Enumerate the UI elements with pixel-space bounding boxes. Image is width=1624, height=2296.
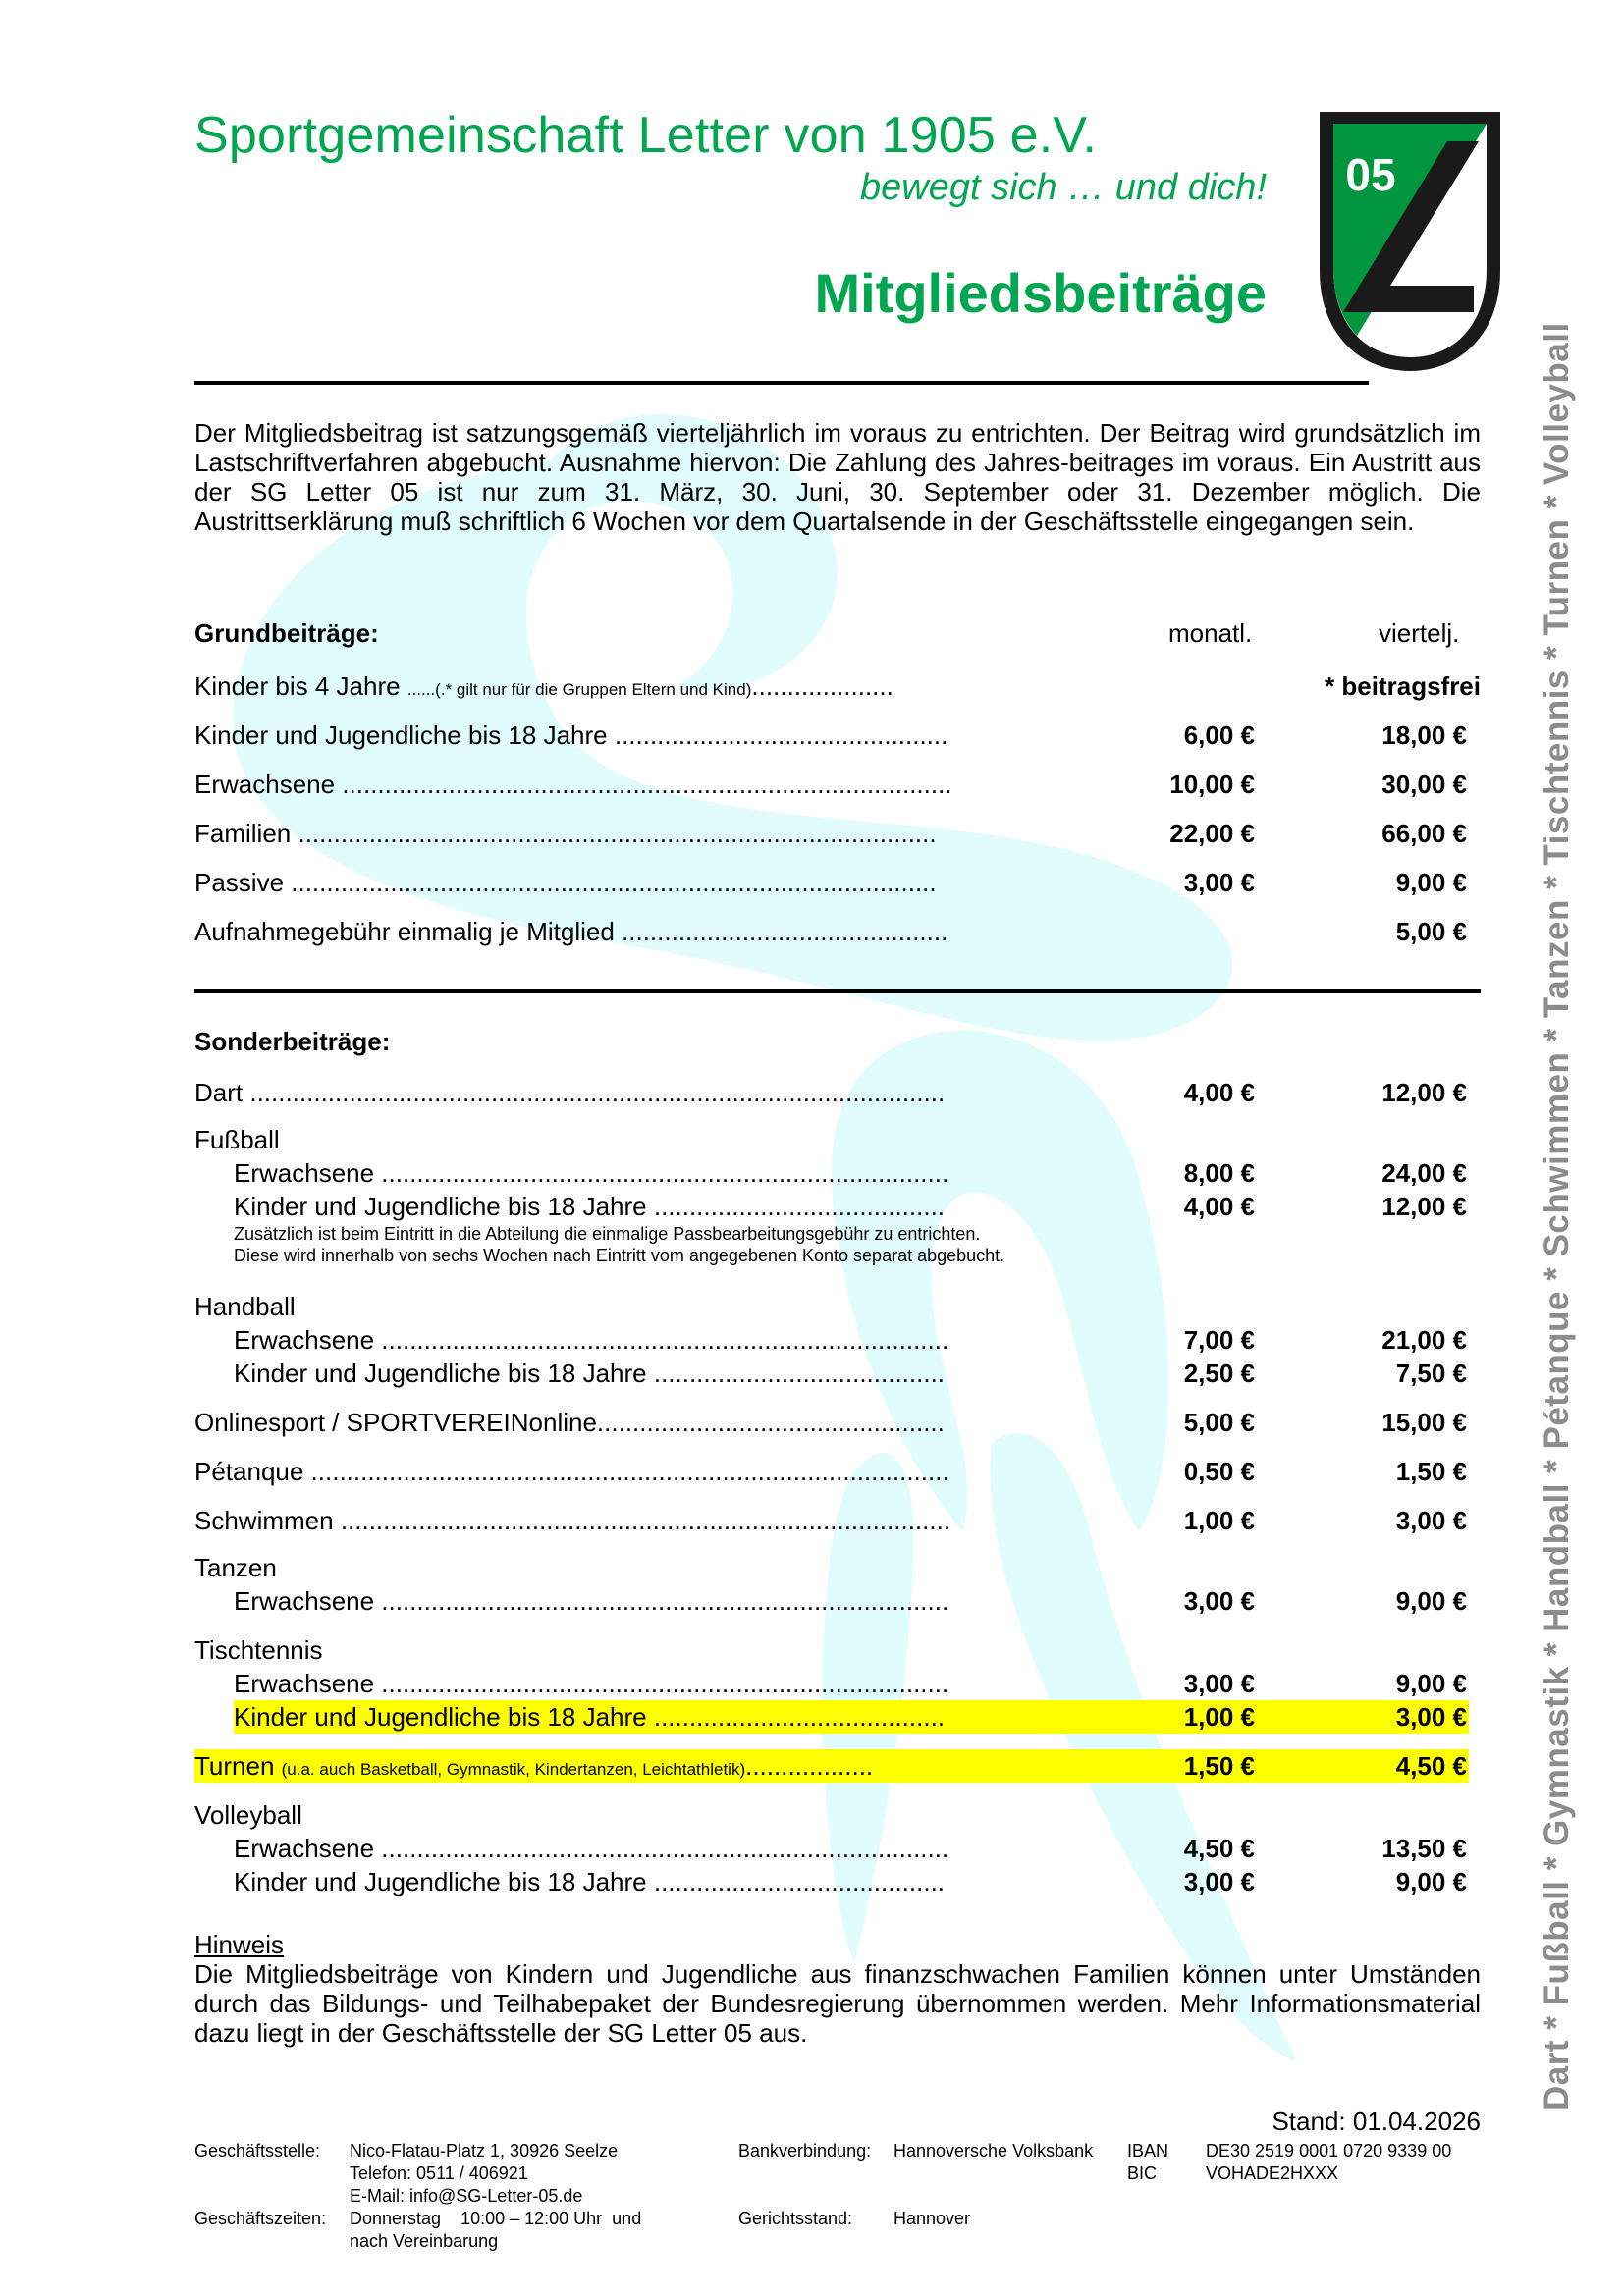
fee-label: Pétanque ...............................… xyxy=(194,1455,1058,1488)
fee-row-fussball-kinder: Kinder und Jugendliche bis 18 Jahre ....… xyxy=(194,1190,1481,1223)
document-date: Stand: 01.04.2026 xyxy=(1272,2107,1481,2137)
club-logo-shield: 05 xyxy=(1312,104,1508,379)
fee-monthly: 4,50 € xyxy=(1184,1832,1255,1865)
fee-label: Kinder und Jugendliche bis 18 Jahre ....… xyxy=(194,719,1058,752)
fee-row-kinder-4: Kinder bis 4 Jahre ......(.* gilt nur fü… xyxy=(194,669,1481,703)
header-divider xyxy=(194,381,1369,385)
hint-paragraph: Die Mitgliedsbeiträge von Kindern und Ju… xyxy=(194,1959,1481,2048)
fee-row-fussball-erwachsene: Erwachsene .............................… xyxy=(194,1156,1481,1190)
fee-quarterly: 1,50 € xyxy=(1396,1455,1467,1488)
fee-monthly: 3,00 € xyxy=(1184,866,1255,899)
footer-hours-line1: Donnerstag 10:00 – 12:00 Uhr und xyxy=(350,2208,641,2230)
fee-quarterly: 3,00 € xyxy=(1396,1504,1467,1537)
fee-row-handball-erwachsene: Erwachsene .............................… xyxy=(194,1323,1481,1357)
fee-quarterly: 66,00 € xyxy=(1381,817,1467,850)
fee-row-erwachsene: Erwachsene .............................… xyxy=(194,768,1481,801)
group-volleyball: Volleyball xyxy=(194,1800,302,1831)
fee-row-tanzen-erwachsene: Erwachsene .............................… xyxy=(194,1584,1481,1618)
fee-row-kinder-18: Kinder und Jugendliche bis 18 Jahre ....… xyxy=(194,719,1481,752)
fussball-note-2: Diese wird innerhalb von sechs Wochen na… xyxy=(234,1245,1004,1266)
fee-monthly: 3,00 € xyxy=(1184,1865,1255,1898)
fee-label: Erwachsene .............................… xyxy=(234,1667,1058,1700)
column-header-monthly: monatl. xyxy=(1168,618,1252,649)
fee-monthly: 22,00 € xyxy=(1169,817,1255,850)
fee-quarterly: 3,00 € xyxy=(1396,1700,1467,1734)
footer-office-address: Nico-Flatau-Platz 1, 30926 Seelze xyxy=(350,2140,618,2163)
group-fussball: Fußball xyxy=(194,1125,280,1155)
fee-monthly: 0,50 € xyxy=(1184,1455,1255,1488)
fee-label: Kinder und Jugendliche bis 18 Jahre ....… xyxy=(234,1700,1058,1734)
fee-monthly: 7,00 € xyxy=(1184,1323,1255,1357)
fee-label: Kinder und Jugendliche bis 18 Jahre ....… xyxy=(234,1865,1058,1898)
fee-row-schwimmen: Schwimmen ..............................… xyxy=(194,1504,1481,1537)
fee-dots: .................... xyxy=(751,671,893,701)
footer-iban-label: IBAN xyxy=(1127,2140,1168,2163)
club-slogan: bewegt sich … und dich! xyxy=(860,167,1267,209)
fee-monthly: 3,00 € xyxy=(1184,1667,1255,1700)
fee-quarterly: 18,00 € xyxy=(1381,719,1467,752)
fee-monthly: 3,00 € xyxy=(1184,1584,1255,1618)
fee-monthly: 4,00 € xyxy=(1184,1190,1255,1223)
footer-hours-line2: nach Vereinbarung xyxy=(350,2230,498,2253)
column-header-quarterly: viertelj. xyxy=(1379,618,1459,649)
fee-row-volleyball-kinder: Kinder und Jugendliche bis 18 Jahre ....… xyxy=(194,1865,1481,1898)
footer-court: Hannover xyxy=(893,2208,970,2230)
fee-row-tischtennis-kinder-highlighted: Kinder und Jugendliche bis 18 Jahre ....… xyxy=(234,1700,1469,1734)
fee-label: Familien ...............................… xyxy=(194,817,1058,850)
fee-monthly: 8,00 € xyxy=(1184,1156,1255,1190)
fee-row-aufnahmegebuehr: Aufnahmegebühr einmalig je Mitglied ....… xyxy=(194,915,1481,948)
fee-row-dart: Dart ...................................… xyxy=(194,1076,1481,1109)
hint-title: Hinweis xyxy=(194,1930,284,1960)
fee-monthly: 5,00 € xyxy=(1184,1406,1255,1439)
section-sonderbeitraege: Sonderbeiträge: xyxy=(194,1027,390,1057)
fee-label: Erwachsene .............................… xyxy=(234,1156,1058,1190)
fee-quarterly: 7,50 € xyxy=(1396,1357,1467,1390)
fee-monthly: 10,00 € xyxy=(1169,768,1255,801)
fee-footnote: ......(.* gilt nur für die Gruppen Elter… xyxy=(407,680,752,699)
fee-row-onlinesport: Onlinesport / SPORTVEREINonline.........… xyxy=(194,1406,1481,1439)
fee-monthly: 1,00 € xyxy=(1184,1504,1255,1537)
fee-row-passive: Passive ................................… xyxy=(194,866,1481,899)
fee-quarterly: 5,00 € xyxy=(1396,915,1467,948)
section-grundbeitraege: Grundbeiträge: xyxy=(194,618,379,649)
group-tanzen: Tanzen xyxy=(194,1553,277,1583)
footer-bank-name: Hannoversche Volksbank xyxy=(893,2140,1093,2163)
page-title: Mitgliedsbeiträge xyxy=(814,261,1267,325)
fee-label: Kinder und Jugendliche bis 18 Jahre ....… xyxy=(234,1190,1058,1223)
footer-office-label: Geschäftsstelle: xyxy=(194,2140,320,2163)
fee-label: Dart ...................................… xyxy=(194,1076,1058,1109)
fee-monthly: 1,00 € xyxy=(1184,1700,1255,1734)
fee-label: Passive ................................… xyxy=(194,866,1058,899)
fee-label: Schwimmen ..............................… xyxy=(194,1504,1058,1537)
footer-bic-label: BIC xyxy=(1127,2163,1157,2185)
fussball-note-1: Zusätzlich ist beim Eintritt in die Abte… xyxy=(234,1223,980,1245)
fee-label: Kinder und Jugendliche bis 18 Jahre ....… xyxy=(234,1357,1058,1390)
fee-label: Erwachsene .............................… xyxy=(234,1323,1058,1357)
group-handball: Handball xyxy=(194,1292,296,1322)
fee-monthly: 1,50 € xyxy=(1184,1749,1255,1783)
footer-office-phone: Telefon: 0511 / 406921 xyxy=(350,2163,528,2185)
fee-label: Erwachsene .............................… xyxy=(234,1832,1058,1865)
fee-quarterly: 12,00 € xyxy=(1381,1190,1467,1223)
fee-dots: .................. xyxy=(745,1751,873,1781)
fee-label: Aufnahmegebühr einmalig je Mitglied ....… xyxy=(194,915,1058,948)
footer-iban: DE30 2519 0001 0720 9339 00 xyxy=(1206,2140,1451,2163)
fee-quarterly: 13,50 € xyxy=(1381,1832,1467,1865)
logo-number: 05 xyxy=(1345,149,1395,200)
fee-footnote: (u.a. auch Basketball, Gymnastik, Kinder… xyxy=(282,1760,745,1779)
footer-bic: VOHADE2HXXX xyxy=(1206,2163,1338,2185)
fee-label: Erwachsene .............................… xyxy=(234,1584,1058,1618)
club-name: Sportgemeinschaft Letter von 1905 e.V. xyxy=(194,106,1097,165)
fee-quarterly: 30,00 € xyxy=(1381,768,1467,801)
fee-monthly: 2,50 € xyxy=(1184,1357,1255,1390)
fee-label: Kinder bis 4 Jahre xyxy=(194,671,407,701)
fee-row-turnen-highlighted: Turnen (u.a. auch Basketball, Gymnastik,… xyxy=(194,1749,1469,1783)
footer-office-email[interactable]: E-Mail: info@SG-Letter-05.de xyxy=(350,2185,582,2208)
fee-quarterly: 15,00 € xyxy=(1381,1406,1467,1439)
sports-list-vertical: Dart * Fußball * Gymnastik * Handball * … xyxy=(1538,322,1577,2110)
group-tischtennis: Tischtennis xyxy=(194,1635,323,1666)
fee-quarterly: 24,00 € xyxy=(1381,1156,1467,1190)
fee-quarterly: 9,00 € xyxy=(1396,1667,1467,1700)
footer-court-label: Gerichtsstand: xyxy=(738,2208,852,2230)
fee-quarterly: 9,00 € xyxy=(1396,866,1467,899)
fee-quarterly: 21,00 € xyxy=(1381,1323,1467,1357)
fee-quarterly: 4,50 € xyxy=(1396,1749,1467,1783)
fee-row-petanque: Pétanque ...............................… xyxy=(194,1455,1481,1488)
fee-monthly: 4,00 € xyxy=(1184,1076,1255,1109)
fee-quarterly: 12,00 € xyxy=(1381,1076,1467,1109)
fee-label: Erwachsene .............................… xyxy=(194,768,1058,801)
section-divider xyxy=(194,989,1481,993)
footer-hours-label: Geschäftszeiten: xyxy=(194,2208,326,2230)
fee-row-handball-kinder: Kinder und Jugendliche bis 18 Jahre ....… xyxy=(194,1357,1481,1390)
footer-bank-label: Bankverbindung: xyxy=(738,2140,871,2163)
fee-quarterly: 9,00 € xyxy=(1396,1865,1467,1898)
fee-row-volleyball-erwachsene: Erwachsene .............................… xyxy=(194,1832,1481,1865)
fee-monthly: 6,00 € xyxy=(1184,719,1255,752)
fee-label: Turnen xyxy=(194,1751,282,1781)
fee-quarterly: 9,00 € xyxy=(1396,1584,1467,1618)
fee-label: Onlinesport / SPORTVEREINonline.........… xyxy=(194,1406,1058,1439)
fee-quarterly: * beitragsfrei xyxy=(1325,669,1481,703)
fee-row-familien: Familien ...............................… xyxy=(194,817,1481,850)
intro-paragraph: Der Mitgliedsbeitrag ist satzungsgemäß v… xyxy=(194,418,1481,536)
fee-row-tischtennis-erwachsene: Erwachsene .............................… xyxy=(194,1667,1481,1700)
